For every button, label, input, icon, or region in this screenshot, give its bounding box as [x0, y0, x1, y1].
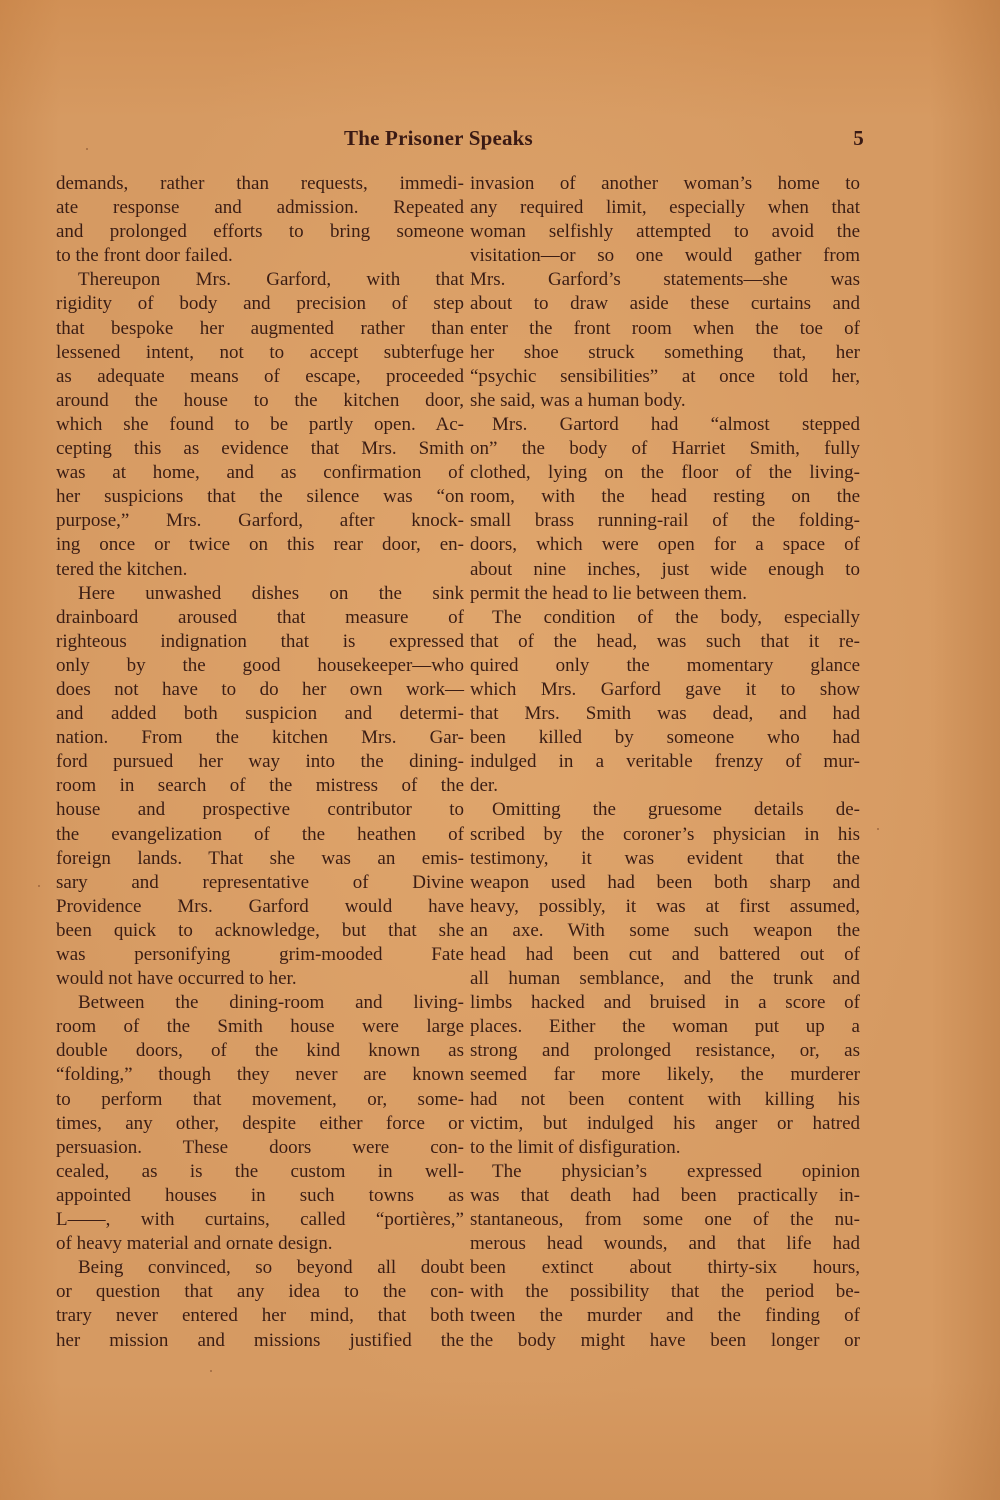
text-line: weapon used had been both sharp and — [470, 871, 860, 895]
paper-speck — [86, 148, 88, 150]
text-line: clothed, lying on the floor of the livin… — [470, 461, 860, 485]
text-line: “psychic sensibilities” at once told her… — [470, 365, 860, 389]
text-line: tered the kitchen. — [56, 558, 464, 582]
text-line: and prolonged efforts to bring someone — [56, 220, 464, 244]
text-line: The condition of the body, especially — [470, 606, 860, 630]
text-line: any required limit, especially when that — [470, 196, 860, 220]
text-line: scribed by the coroner’s physician in hi… — [470, 823, 860, 847]
text-column-right: invasion of another woman’s home toany r… — [470, 172, 860, 1353]
text-line: quired only the momentary glance — [470, 654, 860, 678]
text-line: around the house to the kitchen door, — [56, 389, 464, 413]
text-line: all human semblance, and the trunk and — [470, 967, 860, 991]
text-line: the evangelization of the heathen of — [56, 823, 464, 847]
text-line: Providence Mrs. Garford would have — [56, 895, 464, 919]
text-line: cepting this as evidence that Mrs. Smith — [56, 437, 464, 461]
text-line: ing once or twice on this rear door, en- — [56, 533, 464, 557]
text-line: been extinct about thirty-six hours, — [470, 1256, 860, 1280]
text-line: about to draw aside these curtains and — [470, 292, 860, 316]
text-line: The physician’s expressed opinion — [470, 1160, 860, 1184]
paper-speck — [210, 1370, 212, 1372]
text-line: only by the good housekeeper—who — [56, 654, 464, 678]
text-line: Mrs. Gartord had “almost stepped — [470, 413, 860, 437]
text-line: Being convinced, so beyond all doubt — [56, 1256, 464, 1280]
text-line: cealed, as is the custom in well- — [56, 1160, 464, 1184]
text-line: that Mrs. Smith was dead, and had — [470, 702, 860, 726]
text-line: with the possibility that the period be- — [470, 1280, 860, 1304]
paper-speck — [38, 885, 40, 887]
text-line: the body might have been longer or — [470, 1329, 860, 1353]
text-line: testimony, it was evident that the — [470, 847, 860, 871]
text-line: to the front door failed. — [56, 244, 464, 268]
text-line: nation. From the kitchen Mrs. Gar- — [56, 726, 464, 750]
text-line: room, with the head resting on the — [470, 485, 860, 509]
text-line: Omitting the gruesome details de- — [470, 798, 860, 822]
text-line: and added both suspicion and determi- — [56, 702, 464, 726]
text-line: of heavy material and ornate design. — [56, 1232, 464, 1256]
text-line: lessened intent, not to accept subterfug… — [56, 341, 464, 365]
text-line: that bespoke her augmented rather than — [56, 317, 464, 341]
text-line: invasion of another woman’s home to — [470, 172, 860, 196]
text-line: Thereupon Mrs. Garford, with that — [56, 268, 464, 292]
text-line: enter the front room when the toe of — [470, 317, 860, 341]
text-line: appointed houses in such towns as — [56, 1184, 464, 1208]
text-line: indulged in a veritable frenzy of mur- — [470, 750, 860, 774]
text-line: room in search of the mistress of the — [56, 774, 464, 798]
text-line: victim, but indulged his anger or hatred — [470, 1112, 860, 1136]
text-line: Mrs. Garford’s statements—she was — [470, 268, 860, 292]
text-line: which Mrs. Garford gave it to show — [470, 678, 860, 702]
text-line: her shoe struck something that, her — [470, 341, 860, 365]
text-line: ate response and admission. Repeated — [56, 196, 464, 220]
text-line: been quick to acknowledge, but that she — [56, 919, 464, 943]
text-line: about nine inches, just wide enough to — [470, 558, 860, 582]
text-line: trary never entered her mind, that both — [56, 1304, 464, 1328]
text-line: sary and representative of Divine — [56, 871, 464, 895]
text-line: an axe. With some such weapon the — [470, 919, 860, 943]
page-number: 5 — [853, 126, 864, 151]
text-line: strong and prolonged resistance, or, as — [470, 1039, 860, 1063]
text-line: doors, which were open for a space of — [470, 533, 860, 557]
text-line: head had been cut and battered out of — [470, 943, 860, 967]
text-line: woman selfishly attempted to avoid the — [470, 220, 860, 244]
text-column-left: demands, rather than requests, immedi-at… — [56, 172, 464, 1353]
text-line: double doors, of the kind known as — [56, 1039, 464, 1063]
paper-speck — [877, 828, 879, 830]
text-line: tween the murder and the finding of — [470, 1304, 860, 1328]
text-line: Here unwashed dishes on the sink — [56, 582, 464, 606]
text-line: been killed by someone who had — [470, 726, 860, 750]
text-line: “folding,” though they never are known — [56, 1063, 464, 1087]
text-line: L——, with curtains, called “portières,” — [56, 1208, 464, 1232]
text-line: ford pursued her way into the dining- — [56, 750, 464, 774]
text-line: which she found to be partly open. Ac- — [56, 413, 464, 437]
text-line: was that death had been practically in- — [470, 1184, 860, 1208]
text-line: or question that any idea to the con- — [56, 1280, 464, 1304]
text-line: places. Either the woman put up a — [470, 1015, 860, 1039]
text-line: would not have occurred to her. — [56, 967, 464, 991]
text-line: her suspicions that the silence was “on — [56, 485, 464, 509]
text-line: seemed far more likely, the murderer — [470, 1063, 860, 1087]
running-head-title: The Prisoner Speaks — [344, 126, 533, 151]
text-line: had not been content with killing his — [470, 1088, 860, 1112]
text-line: Between the dining-room and living- — [56, 991, 464, 1015]
text-line: times, any other, despite either force o… — [56, 1112, 464, 1136]
text-line: rigidity of body and precision of step — [56, 292, 464, 316]
text-line: visitation—or so one would gather from — [470, 244, 860, 268]
text-line: foreign lands. That she was an emis- — [56, 847, 464, 871]
running-head: The Prisoner Speaks 5 — [344, 126, 864, 156]
text-line: demands, rather than requests, immedi- — [56, 172, 464, 196]
text-line: persuasion. These doors were con- — [56, 1136, 464, 1160]
text-line: purpose,” Mrs. Garford, after knock- — [56, 509, 464, 533]
text-line: righteous indignation that is expressed — [56, 630, 464, 654]
text-line: merous head wounds, and that life had — [470, 1232, 860, 1256]
text-line: room of the Smith house were large — [56, 1015, 464, 1039]
text-line: does not have to do her own work— — [56, 678, 464, 702]
text-line: drainboard aroused that measure of — [56, 606, 464, 630]
text-line: limbs hacked and bruised in a score of — [470, 991, 860, 1015]
text-line: der. — [470, 774, 860, 798]
text-line: her mission and missions justified the — [56, 1329, 464, 1353]
text-line: permit the head to lie between them. — [470, 582, 860, 606]
text-line: house and prospective contributor to — [56, 798, 464, 822]
text-line: was at home, and as confirmation of — [56, 461, 464, 485]
text-line: stantaneous, from some one of the nu- — [470, 1208, 860, 1232]
text-line: as adequate means of escape, proceeded — [56, 365, 464, 389]
text-line: was personifying grim-mooded Fate — [56, 943, 464, 967]
text-line: to perform that movement, or, some- — [56, 1088, 464, 1112]
text-line: on” the body of Harriet Smith, fully — [470, 437, 860, 461]
text-line: that of the head, was such that it re- — [470, 630, 860, 654]
text-line: she said, was a human body. — [470, 389, 860, 413]
text-line: small brass running-rail of the folding- — [470, 509, 860, 533]
text-line: to the limit of disfiguration. — [470, 1136, 860, 1160]
text-line: heavy, possibly, it was at first assumed… — [470, 895, 860, 919]
